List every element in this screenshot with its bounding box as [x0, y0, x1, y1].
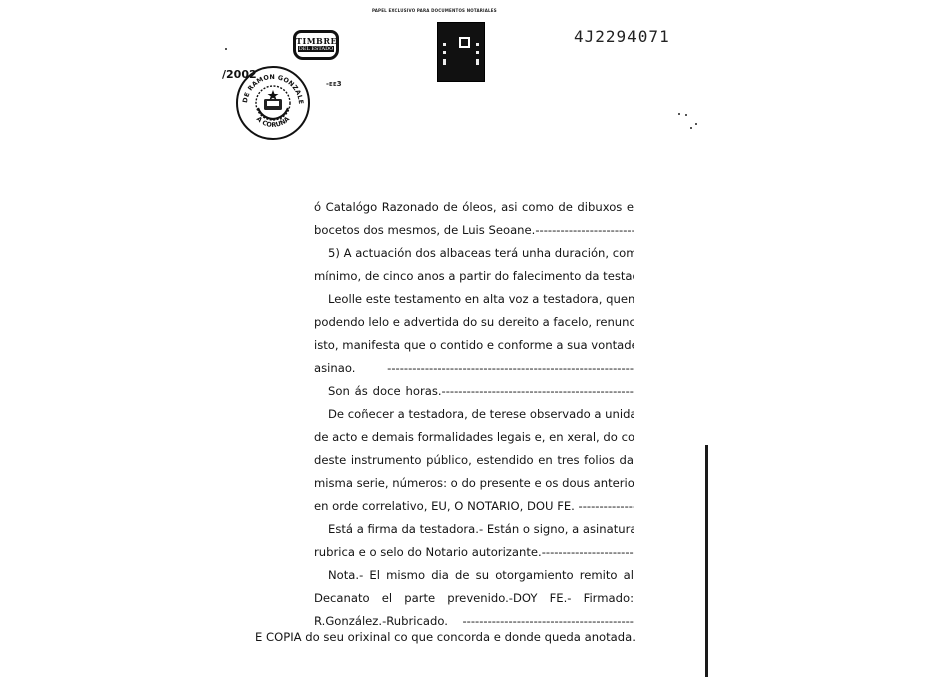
body-line: Son ás doce horas.----------------------… [314, 380, 634, 403]
body-line: 5) A actuación dos albaceas terá unha du… [314, 242, 634, 265]
svg-text:A CORUÑA: A CORUÑA [255, 115, 291, 129]
seal-bottom-text: A CORUÑA [255, 115, 291, 129]
margin-rule [705, 445, 708, 677]
timbre-del-estado-stamp: TIMBRE DEL ESTADO [293, 30, 339, 60]
body-line: Nota.- El mismo dia de su otorgamiento r… [314, 564, 634, 587]
scan-speck [685, 114, 687, 116]
body-line: podendo lelo e advertida do su dereito a… [314, 311, 634, 334]
notary-seal-icon: NOTARIA DE RAMON GONZALEZ GOMEZ A CORUÑA [236, 66, 310, 140]
body-line: ó Catalógo Razonado de óleos, asi como d… [314, 196, 634, 219]
body-line: Está a firma da testadora.- Están o sign… [314, 518, 634, 541]
body-line: Decanato el parte prevenido.-DOY FE.- Fi… [314, 587, 634, 610]
body-line: asinao. --------------------------------… [314, 357, 634, 380]
body-line: De coñecer a testadora, de terese observ… [314, 403, 634, 426]
body-line: en orde correlativo, EU, O NOTARIO, DOU … [314, 495, 634, 518]
body-line: rubrica e o selo do Notario autorizante.… [314, 541, 634, 564]
scan-speck [690, 127, 692, 129]
body-line: Leolle este testamento en alta voz a tes… [314, 288, 634, 311]
timbre-label: TIMBRE [296, 37, 336, 46]
document-body: ó Catalógo Razonado de óleos, asi como d… [314, 196, 634, 633]
copy-certification-line: E COPIA do seu orixinal co que concorda … [255, 626, 635, 649]
serial-number: 4J2294071 [574, 27, 670, 46]
paper-header-note: PAPEL EXCLUSIVO PARA DOCUMENTOS NOTARIAL… [372, 8, 532, 13]
timbre-sublabel: DEL ESTADO [298, 46, 334, 52]
scan-speck [678, 113, 680, 115]
body-line: deste instrumento público, estendido en … [314, 449, 634, 472]
body-line: bocetos dos mesmos, de Luis Seoane.-----… [314, 219, 634, 242]
body-line: isto, manifesta que o contido e conforme… [314, 334, 634, 357]
body-line: mínimo, de cinco anos a partir do faleci… [314, 265, 634, 288]
security-hologram-icon [437, 22, 485, 82]
body-line: de acto e demais formalidades legais e, … [314, 426, 634, 449]
scan-speck [225, 48, 227, 50]
scan-speck [695, 123, 697, 125]
body-line: misma serie, números: o do presente e os… [314, 472, 634, 495]
small-stamp-mark: -ᴇᴇ3 [326, 80, 342, 88]
notarial-document-page: PAPEL EXCLUSIVO PARA DOCUMENTOS NOTARIAL… [0, 0, 945, 700]
